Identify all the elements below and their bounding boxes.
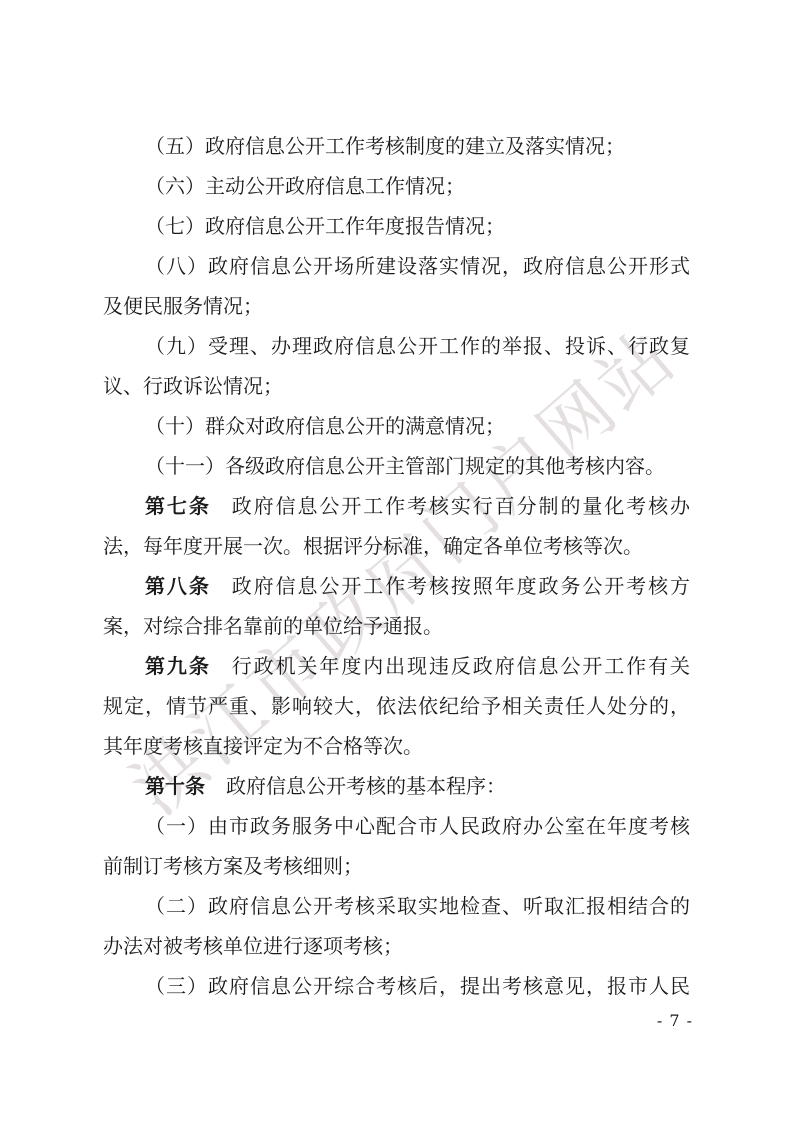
text-line: （一）由市政务服务中心配合市人民政府办公室在年度考核 xyxy=(103,806,690,846)
text-line: （九）受理、办理政府信息公开工作的举报、投诉、行政复 xyxy=(103,326,690,366)
text-line: 前制订考核方案及考核细则； xyxy=(103,846,690,886)
article-number: 第八条 xyxy=(145,574,211,598)
line-text: 议、行政诉讼情况； xyxy=(103,374,283,398)
document-page: 洪江市政府门户网站 （五）政府信息公开工作考核制度的建立及落实情况；（六）主动公… xyxy=(0,0,793,1122)
article-number: 第九条 xyxy=(145,654,211,678)
line-text: 案，对综合排名靠前的单位给予通报。 xyxy=(103,614,443,638)
line-text: 前制订考核方案及考核细则； xyxy=(103,854,363,878)
line-text: 政府信息公开工作考核实行百分制的量化考核办 xyxy=(232,494,690,518)
line-text: （一）由市政务服务中心配合市人民政府办公室在年度考核 xyxy=(145,814,690,838)
text-line: 第九条行政机关年度内出现违反政府信息公开工作有关 xyxy=(103,646,690,686)
line-text: （十）群众对政府信息公开的满意情况； xyxy=(145,414,505,438)
text-line: 规定，情节严重、影响较大，依法依纪给予相关责任人处分的， xyxy=(103,686,690,726)
line-text: 行政机关年度内出现违反政府信息公开工作有关 xyxy=(232,654,690,678)
line-text: （八）政府信息公开场所建设落实情况，政府信息公开形式 xyxy=(145,254,690,278)
text-line: （五）政府信息公开工作考核制度的建立及落实情况； xyxy=(103,126,690,166)
text-line: 及便民服务情况； xyxy=(103,286,690,326)
text-line: 办法对被考核单位进行逐项考核； xyxy=(103,926,690,966)
text-line: （二）政府信息公开考核采取实地检查、听取汇报相结合的 xyxy=(103,886,690,926)
text-line: （十一）各级政府信息公开主管部门规定的其他考核内容。 xyxy=(103,446,690,486)
text-line: 其年度考核直接评定为不合格等次。 xyxy=(103,726,690,766)
text-line: （六）主动公开政府信息工作情况； xyxy=(103,166,690,206)
line-text: 办法对被考核单位进行逐项考核； xyxy=(103,934,403,958)
text-line: （三）政府信息公开综合考核后，提出考核意见，报市人民 xyxy=(103,966,690,1006)
line-text: （十一）各级政府信息公开主管部门规定的其他考核内容。 xyxy=(145,454,665,478)
line-text: 法，每年度开展一次。根据评分标准，确定各单位考核等次。 xyxy=(103,534,643,558)
line-text: （五）政府信息公开工作考核制度的建立及落实情况； xyxy=(145,134,625,158)
text-line: 法，每年度开展一次。根据评分标准，确定各单位考核等次。 xyxy=(103,526,690,566)
text-line: 第七条政府信息公开工作考核实行百分制的量化考核办 xyxy=(103,486,690,526)
line-text: 政府信息公开考核的基本程序： xyxy=(226,774,506,798)
line-text: 规定，情节严重、影响较大，依法依纪给予相关责任人处分的， xyxy=(103,694,690,718)
line-text: 及便民服务情况； xyxy=(103,294,263,318)
line-text: 政府信息公开工作考核按照年度政务公开考核方 xyxy=(232,574,690,598)
article-number: 第七条 xyxy=(145,494,211,518)
page-number: - 7 - xyxy=(103,1009,693,1033)
article-number: 第十条 xyxy=(145,774,205,798)
text-line: 案，对综合排名靠前的单位给予通报。 xyxy=(103,606,690,646)
text-line: （十）群众对政府信息公开的满意情况； xyxy=(103,406,690,446)
text-line: 议、行政诉讼情况； xyxy=(103,366,690,406)
line-text: （九）受理、办理政府信息公开工作的举报、投诉、行政复 xyxy=(145,334,690,358)
text-line: 第八条政府信息公开工作考核按照年度政务公开考核方 xyxy=(103,566,690,606)
text-line: （八）政府信息公开场所建设落实情况，政府信息公开形式 xyxy=(103,246,690,286)
document-lines: （五）政府信息公开工作考核制度的建立及落实情况；（六）主动公开政府信息工作情况；… xyxy=(103,126,690,1006)
line-text: （二）政府信息公开考核采取实地检查、听取汇报相结合的 xyxy=(145,894,690,918)
line-text: （七）政府信息公开工作年度报告情况； xyxy=(145,214,505,238)
line-text: （六）主动公开政府信息工作情况； xyxy=(145,174,465,198)
text-line: 第十条政府信息公开考核的基本程序： xyxy=(103,766,690,806)
line-text: （三）政府信息公开综合考核后，提出考核意见，报市人民 xyxy=(145,974,690,998)
line-text: 其年度考核直接评定为不合格等次。 xyxy=(103,734,423,758)
text-line: （七）政府信息公开工作年度报告情况； xyxy=(103,206,690,246)
